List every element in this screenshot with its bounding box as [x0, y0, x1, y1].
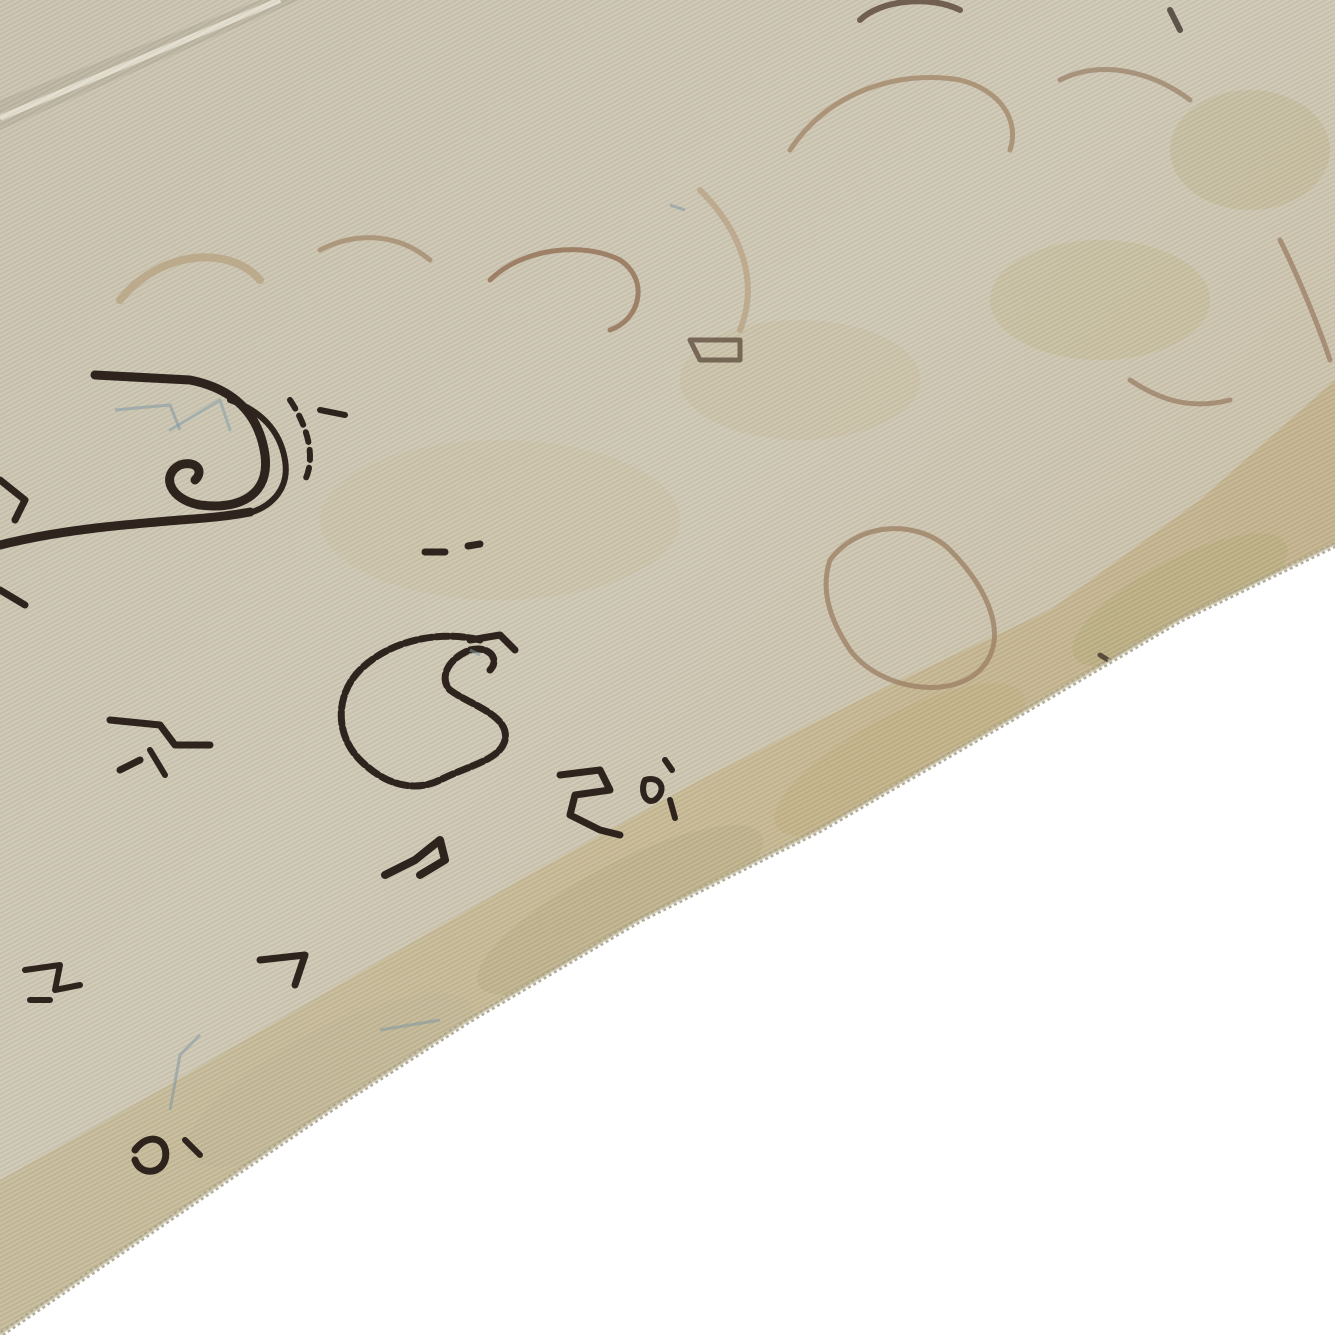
rug-photo	[0, 0, 1335, 1335]
